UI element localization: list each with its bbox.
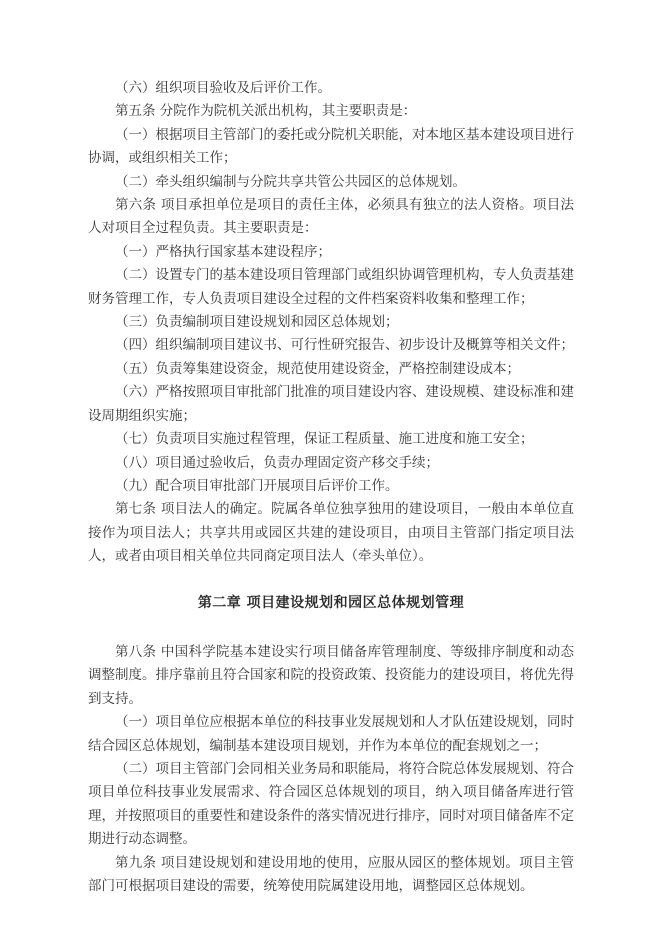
paragraph-article6-item6: （六）严格按照项目审批部门批准的项目建设内容、建设规模、建设标准和建设周期组织实… xyxy=(88,381,574,428)
paragraph-article6: 第六条 项目承担单位是项目的责任主体，必须具有独立的法人资格。项目法人对项目全过… xyxy=(88,194,574,241)
chapter2-heading: 第二章 项目建设规划和园区总体规划管理 xyxy=(88,592,574,615)
paragraph-clause4-item6: （六）组织项目验收及后评价工作。 xyxy=(88,77,574,100)
paragraph-article8: 第八条 中国科学院基本建设实行项目储备库管理制度、等级排序制度和动态调整制度。排… xyxy=(88,641,574,711)
document-content: （六）组织项目验收及后评价工作。 第五条 分院作为院机关派出机构，其主要职责是：… xyxy=(88,77,574,898)
paragraph-article6-item3: （三）负责编制项目建设规划和园区总体规划； xyxy=(88,311,574,334)
paragraph-article6-item1: （一）严格执行国家基本建设程序； xyxy=(88,241,574,264)
paragraph-article6-item9: （九）配合项目审批部门开展项目后评价工作。 xyxy=(88,475,574,498)
paragraph-article5: 第五条 分院作为院机关派出机构，其主要职责是： xyxy=(88,100,574,123)
document-page: （六）组织项目验收及后评价工作。 第五条 分院作为院机关派出机构，其主要职责是：… xyxy=(0,0,662,936)
paragraph-article6-item2: （二）设置专门的基本建设项目管理部门或组织协调管理机构，专人负责基建财务管理工作… xyxy=(88,264,574,311)
paragraph-article8-item1: （一）项目单位应根据本单位的科技事业发展规划和人才队伍建设规划，同时结合园区总体… xyxy=(88,711,574,758)
paragraph-article9: 第九条 项目建设规划和建设用地的使用，应服从园区的整体规划。项目主管部门可根据项… xyxy=(88,852,574,899)
paragraph-article6-item5: （五）负责筹集建设资金，规范使用建设资金，严格控制建设成本； xyxy=(88,358,574,381)
paragraph-article6-item4: （四）组织编制项目建议书、可行性研究报告、初步设计及概算等相关文件； xyxy=(88,334,574,357)
paragraph-article7: 第七条 项目法人的确定。院属各单位独享独用的建设项目，一般由本单位直接作为项目法… xyxy=(88,498,574,568)
paragraph-article5-item2: （二）牵头组织编制与分院共享共管公共园区的总体规划。 xyxy=(88,171,574,194)
paragraph-article8-item2: （二）项目主管部门会同相关业务局和职能局，将符合院总体发展规划、符合项目单位科技… xyxy=(88,758,574,852)
paragraph-article6-item8: （八）项目通过验收后，负责办理固定资产移交手续； xyxy=(88,452,574,475)
paragraph-article5-item1: （一）根据项目主管部门的委托或分院机关职能，对本地区基本建设项目进行协调，或组织… xyxy=(88,124,574,171)
paragraph-article6-item7: （七）负责项目实施过程管理，保证工程质量、施工进度和施工安全； xyxy=(88,428,574,451)
